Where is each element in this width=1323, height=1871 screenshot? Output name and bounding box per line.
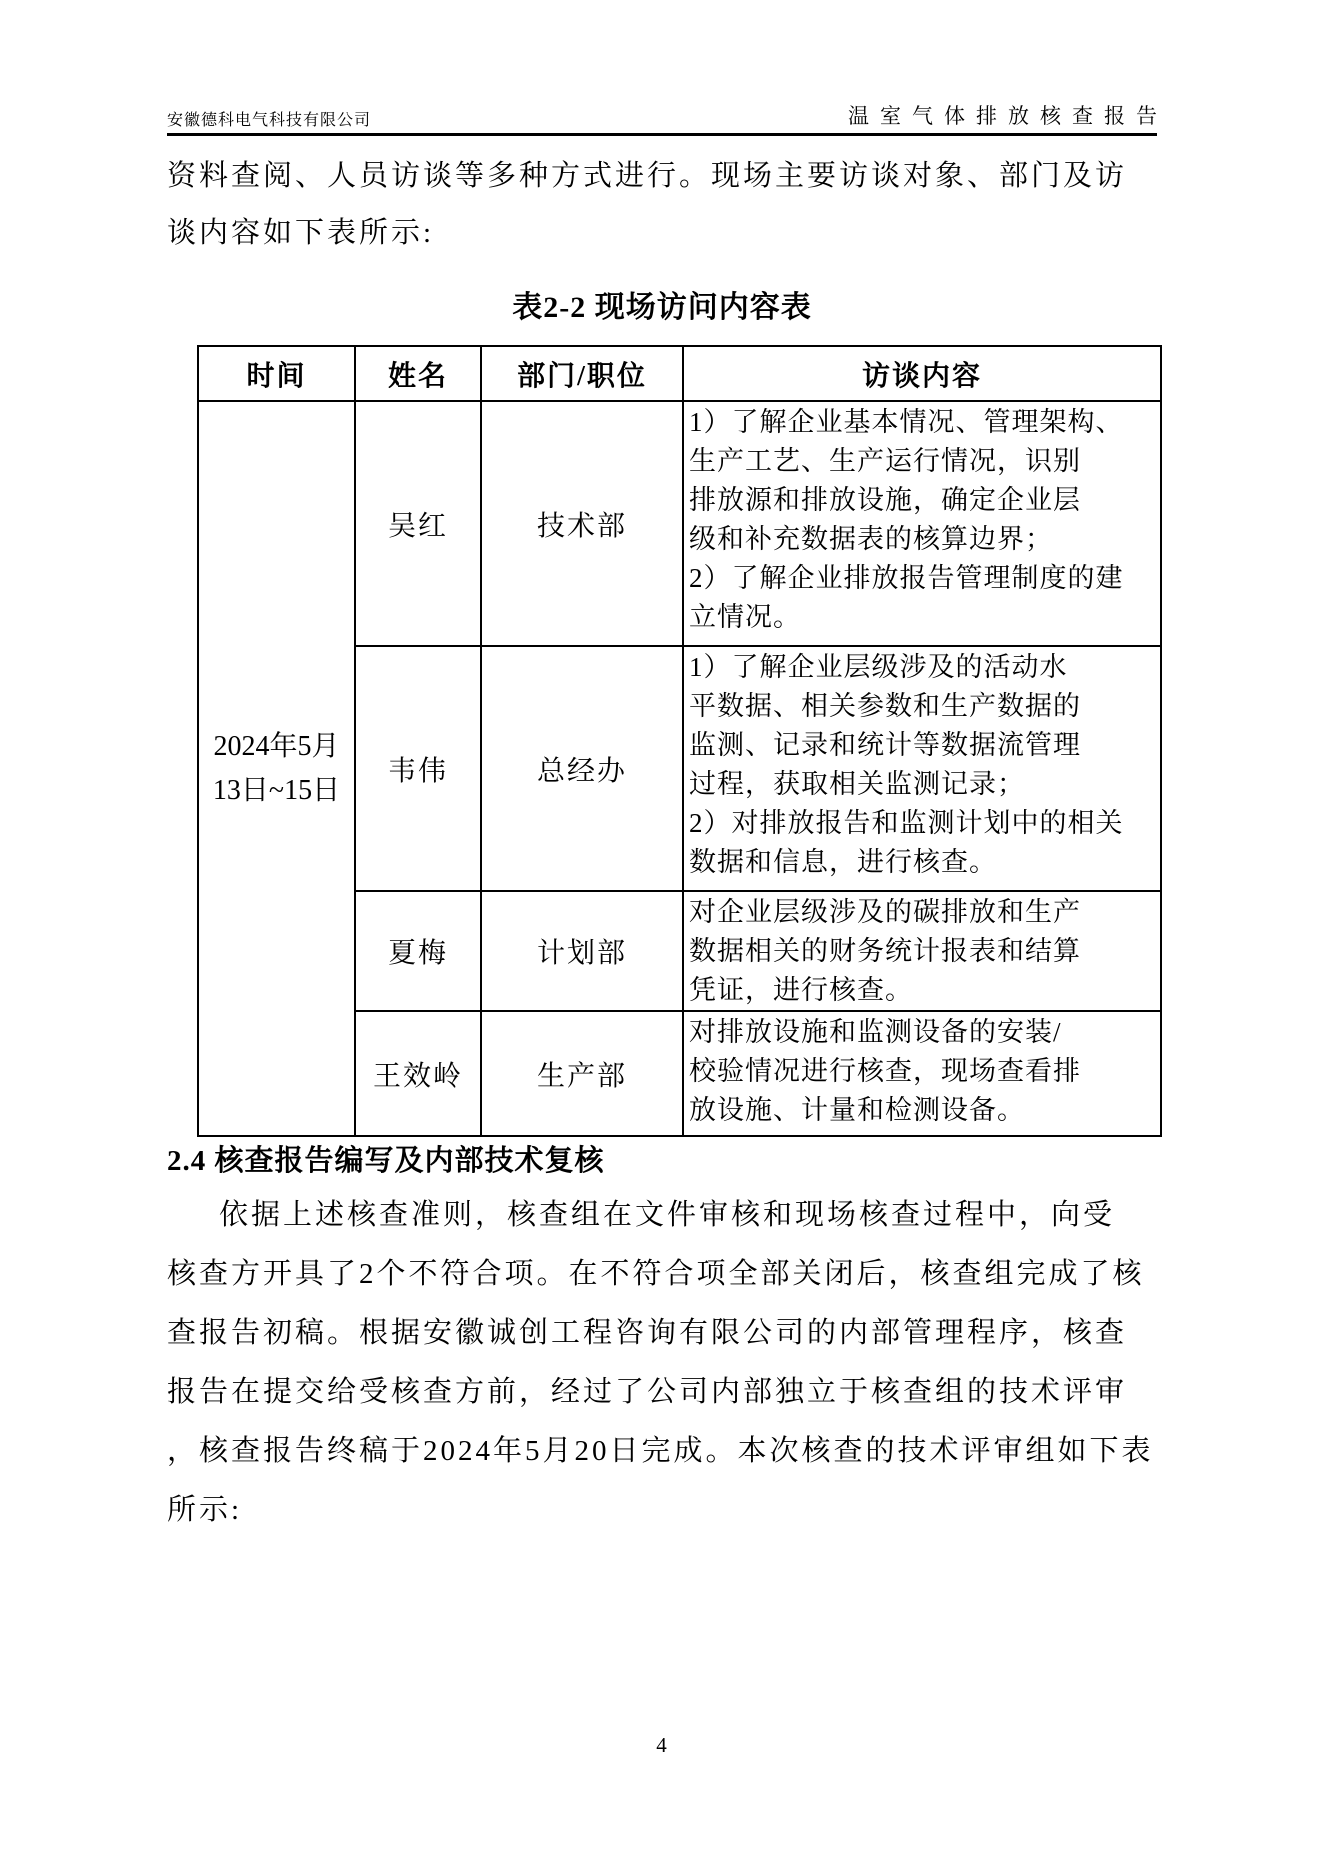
header-company-name: 安徽德科电气科技有限公司 [167,107,371,130]
section-body-paragraph: 依据上述核查准则，核查组在文件审核和现场核查过程中，向受 核查方开具了2个不符合… [167,1186,1162,1540]
cell-content: 对企业层级涉及的碳排放和生产 数据相关的财务统计报表和结算 凭证，进行核查。 [683,891,1161,1011]
cell-name: 吴红 [355,401,481,646]
table-header-row: 时间 姓名 部门/职位 访谈内容 [198,346,1161,401]
column-header-time: 时间 [198,346,355,401]
cell-content: 1）了解企业基本情况、管理架构、 生产工艺、生产运行情况，识别 排放源和排放设施… [683,401,1161,646]
header-report-title: 温室气体排放核查报告 [848,100,1168,130]
page-header: 安徽德科电气科技有限公司 温室气体排放核查报告 [167,100,1157,130]
cell-content: 1）了解企业层级涉及的活动水 平数据、相关参数和生产数据的 监测、记录和统计等数… [683,646,1161,891]
cell-name: 夏梅 [355,891,481,1011]
cell-dept: 生产部 [481,1011,683,1136]
header-divider-rule [167,133,1157,136]
intro-paragraph: 资料查阅、人员访谈等多种方式进行。现场主要访谈对象、部门及访 谈内容如下表所示: [167,148,1162,262]
cell-time-range: 2024年5月 13日~15日 [198,401,355,1136]
cell-name: 韦伟 [355,646,481,891]
section-heading-2-4: 2.4 核查报告编写及内部技术复核 [167,1138,1162,1179]
table-row: 2024年5月 13日~15日 吴红 技术部 1）了解企业基本情况、管理架构、 … [198,401,1161,646]
cell-name: 王效岭 [355,1011,481,1136]
table-caption: 表2-2 现场访问内容表 [167,282,1157,326]
document-page: 安徽德科电气科技有限公司 温室气体排放核查报告 资料查阅、人员访谈等多种方式进行… [0,0,1323,1871]
cell-dept: 总经办 [481,646,683,891]
cell-content: 对排放设施和监测设备的安装/ 校验情况进行核查，现场查看排 放设施、计量和检测设… [683,1011,1161,1136]
column-header-name: 姓名 [355,346,481,401]
column-header-content: 访谈内容 [683,346,1161,401]
cell-dept: 计划部 [481,891,683,1011]
site-visit-table: 时间 姓名 部门/职位 访谈内容 2024年5月 13日~15日 吴红 技术部 … [197,345,1162,1137]
column-header-dept: 部门/职位 [481,346,683,401]
page-number: 4 [0,1733,1323,1758]
cell-dept: 技术部 [481,401,683,646]
